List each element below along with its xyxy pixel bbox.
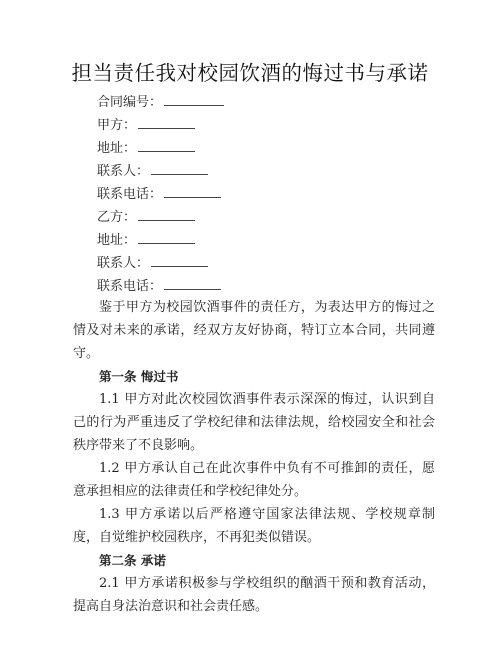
field-label: 联系人： (97, 164, 149, 179)
field-address-a: 地址： (97, 139, 195, 159)
blank-line[interactable] (138, 208, 195, 221)
field-label: 联系电话： (97, 279, 162, 294)
field-label: 甲方： (97, 118, 136, 133)
field-address-b: 地址： (97, 231, 195, 251)
field-contact-a: 联系人： (97, 162, 208, 182)
field-label: 地址： (97, 233, 136, 248)
field-label: 合同编号： (97, 95, 162, 110)
blank-line[interactable] (164, 93, 224, 106)
clause-1-2: 1.2 甲方承认自己在此次事件中负有不可推卸的责任，愿意承担相应的法律责任和学校… (73, 457, 435, 503)
field-party-a: 甲方： (97, 116, 195, 136)
blank-line[interactable] (151, 162, 208, 175)
preamble: 鉴于甲方为校园饮酒事件的责任方，为表达甲方的悔过之情及对未来的承诺，经双方友好协… (73, 296, 435, 365)
field-label: 乙方： (97, 210, 136, 225)
document-page: 担当责任我对校园饮酒的悔过书与承诺 合同编号： 甲方： 地址： 联系人： 联系电… (0, 0, 500, 647)
field-contact-b: 联系人： (97, 254, 208, 274)
field-phone-b: 联系电话： (97, 277, 221, 297)
field-party-b: 乙方： (97, 208, 195, 228)
field-label: 联系人： (97, 256, 149, 271)
document-title: 担当责任我对校园饮酒的悔过书与承诺 (0, 56, 500, 86)
blank-line[interactable] (138, 139, 195, 152)
blank-line[interactable] (164, 185, 221, 198)
clause-1-3: 1.3 甲方承诺以后严格遵守国家法律法规、学校规章制度，自觉维护校园秩序，不再犯… (73, 503, 435, 549)
field-label: 联系电话： (97, 187, 162, 202)
blank-line[interactable] (138, 116, 195, 129)
clause-2-1: 2.1 甲方承诺积极参与学校组织的酗酒干预和教育活动，提高自身法治意识和社会责任… (73, 572, 435, 618)
field-label: 地址： (97, 141, 136, 156)
clause-1-1: 1.1 甲方对此次校园饮酒事件表示深深的悔过，认识到自己的行为严重违反了学校纪律… (73, 388, 435, 457)
field-contract-number: 合同编号： (97, 93, 224, 113)
section-heading-2: 第二条 承诺 (73, 549, 435, 572)
section-heading-1: 第一条 悔过书 (73, 365, 435, 388)
blank-line[interactable] (138, 231, 195, 244)
field-phone-a: 联系电话： (97, 185, 221, 205)
blank-line[interactable] (151, 254, 208, 267)
blank-line[interactable] (164, 277, 221, 290)
document-body: 鉴于甲方为校园饮酒事件的责任方，为表达甲方的悔过之情及对未来的承诺，经双方友好协… (73, 296, 435, 618)
